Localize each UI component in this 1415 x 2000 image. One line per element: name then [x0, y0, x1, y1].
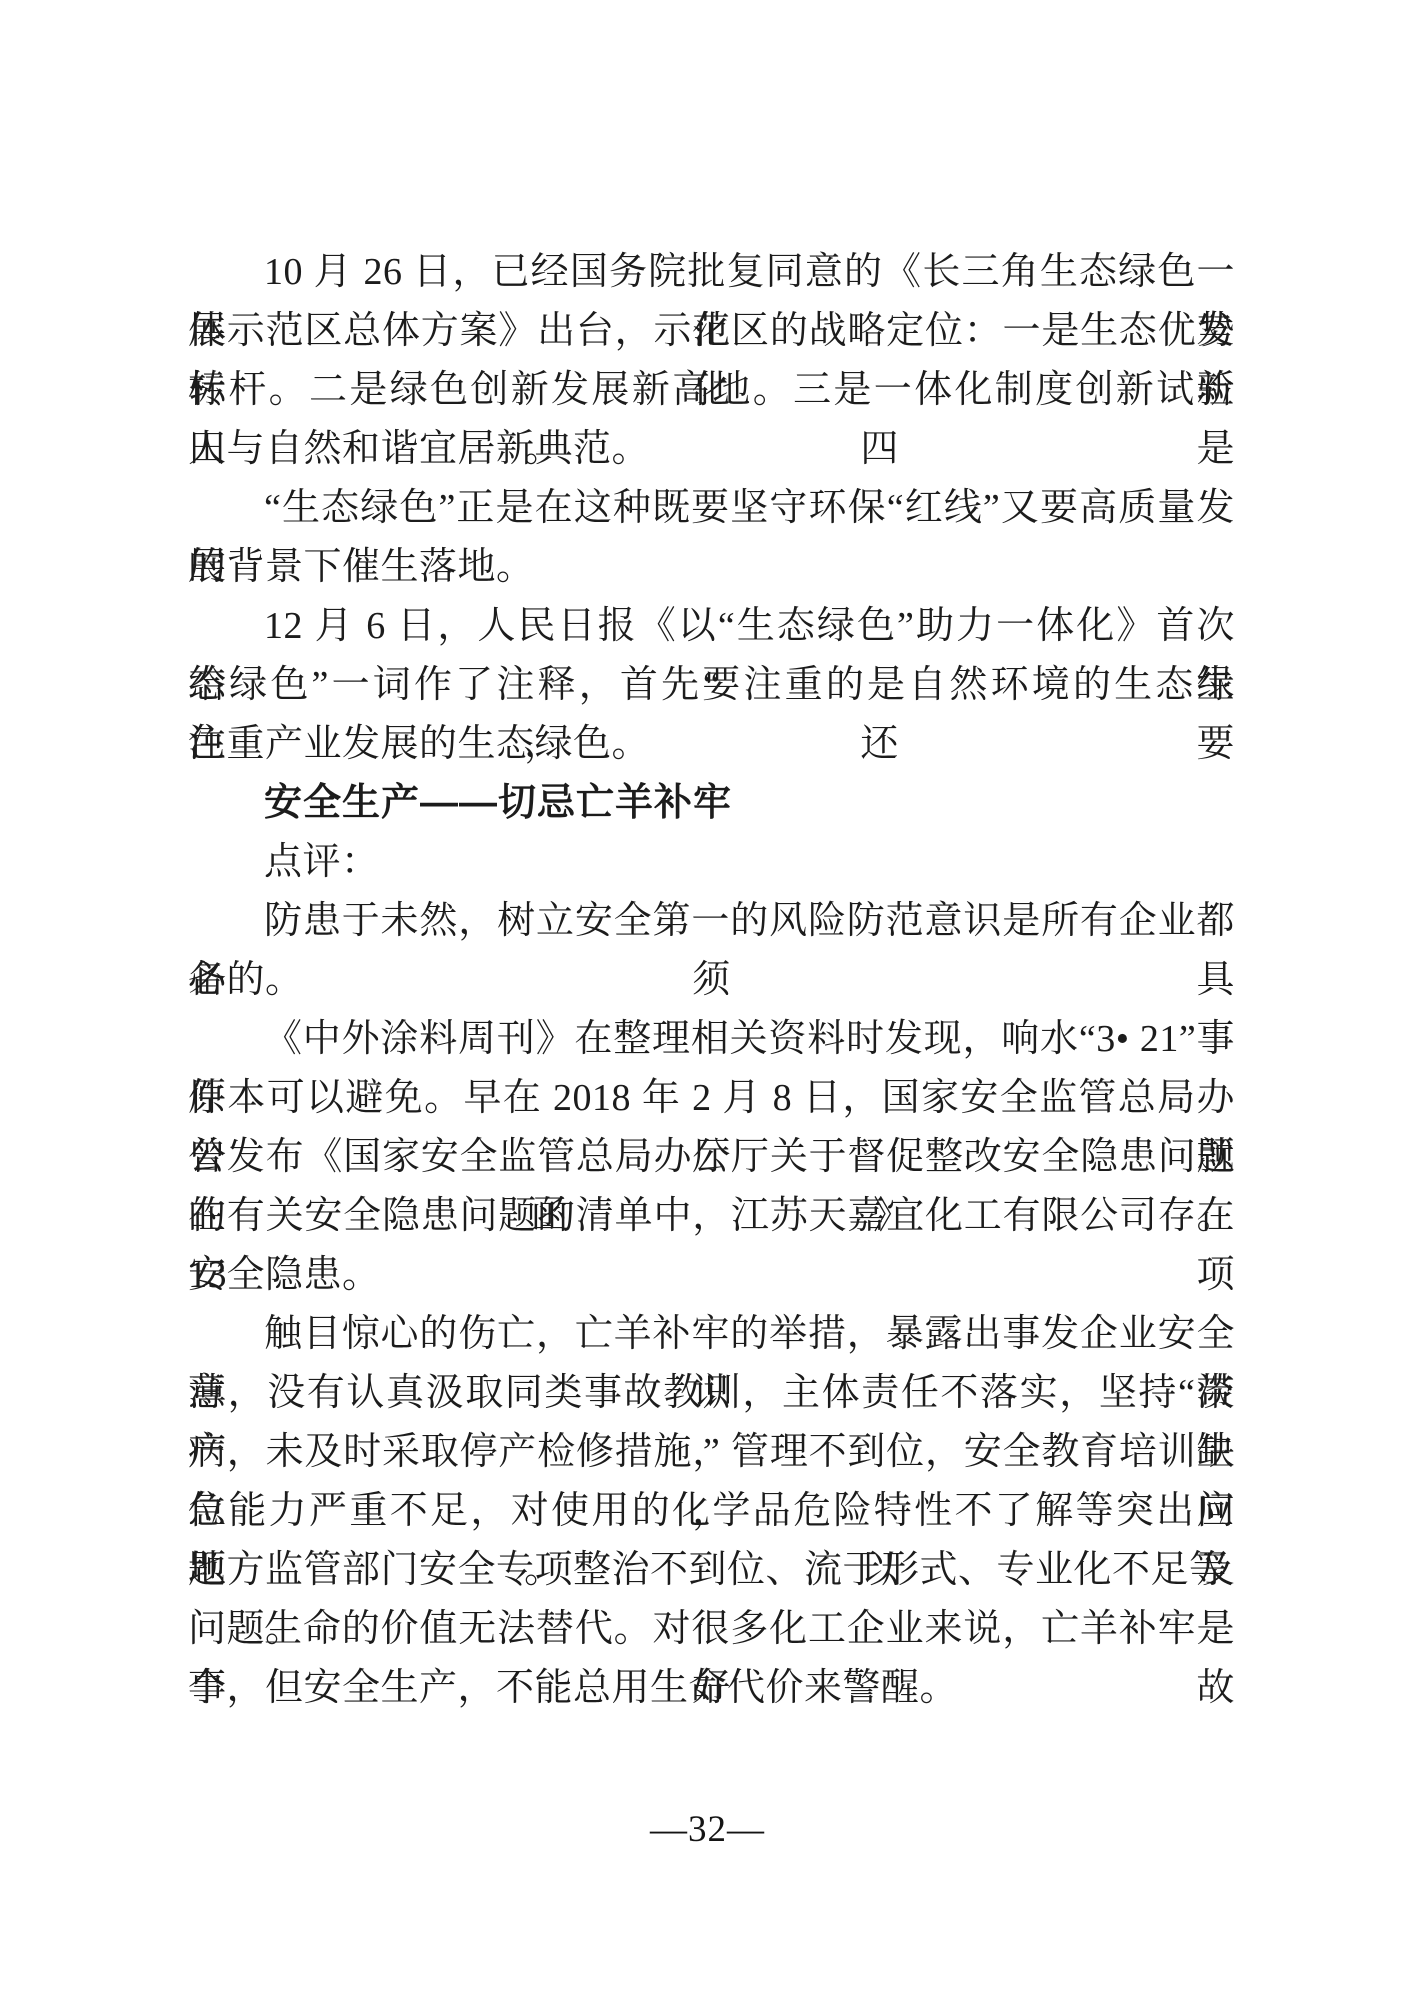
paragraph-line: “生态绿色”正是在这种既要坚守环保“红线”又要高质量发展	[188, 479, 1235, 538]
paragraph-line: 点评：	[188, 833, 1235, 892]
paragraph-line: 原本可以避免。早在 2018 年 2 月 8 日，国家安全监管总局办公厅就	[188, 1069, 1235, 1128]
page-number: —32—	[0, 1808, 1415, 1851]
paragraph-line: 10 月 26 日，已经国务院批复同意的《长三角生态绿色一体化发	[188, 243, 1235, 302]
paragraph-line: 标杆。二是绿色创新发展新高地。三是一体化制度创新试验田。四是	[188, 361, 1235, 420]
paragraph-line: 生命的价值无法替代。对很多化工企业来说，亡羊补牢是个好故	[188, 1600, 1235, 1659]
paragraph-line: 展示范区总体方案》出台，示范区的战略定位：一是生态优势转化新	[188, 302, 1235, 361]
section-heading: 安全生产——切忌亡羊补牢	[188, 774, 1235, 833]
text-block: 10 月 26 日，已经国务院批复同意的《长三角生态绿色一体化发 展示范区总体方…	[188, 243, 1235, 1718]
paragraph-line: 12 月 6 日，人民日报《以“生态绿色”助力一体化》首次给“生	[188, 597, 1235, 656]
paragraph-line: 地方监管部门安全专项整治不到位、流于形式、专业化不足等问题。	[188, 1541, 1235, 1600]
paragraph-line: 《中外涂料周刊》在整理相关资料时发现，响水“3• 21”事件	[188, 1010, 1235, 1069]
paragraph-line: 触目惊心的伤亡，亡羊补牢的举措，暴露出事发企业安全意识淡	[188, 1305, 1235, 1364]
paragraph-line: 的背景下催生落地。	[188, 538, 1235, 597]
paragraph-line: 产，未及时采取停产检修措施，管理不到位，安全教育培训缺位，应	[188, 1423, 1235, 1482]
paragraph-line: 态绿色”一词作了注释，首先要注重的是自然环境的生态绿色，还要	[188, 656, 1235, 715]
paragraph-line: 薄，没有认真汲取同类事故教训，主体责任不落实，坚持“带病”生	[188, 1364, 1235, 1423]
paragraph-line: 急能力严重不足，对使用的化学品危险特性不了解等突出问题。以及	[188, 1482, 1235, 1541]
document-page: 10 月 26 日，已经国务院批复同意的《长三角生态绿色一体化发 展示范区总体方…	[0, 0, 1415, 2000]
paragraph-line: 曾发布《国家安全监管总局办公厅关于督促整改安全隐患问题的函》。	[188, 1128, 1235, 1187]
paragraph-line: 防患于未然，树立安全第一的风险防范意识是所有企业都必须具	[188, 892, 1235, 951]
paragraph-line: 在有关安全隐患问题的清单中，江苏天嘉宜化工有限公司存在 13 项	[188, 1187, 1235, 1246]
